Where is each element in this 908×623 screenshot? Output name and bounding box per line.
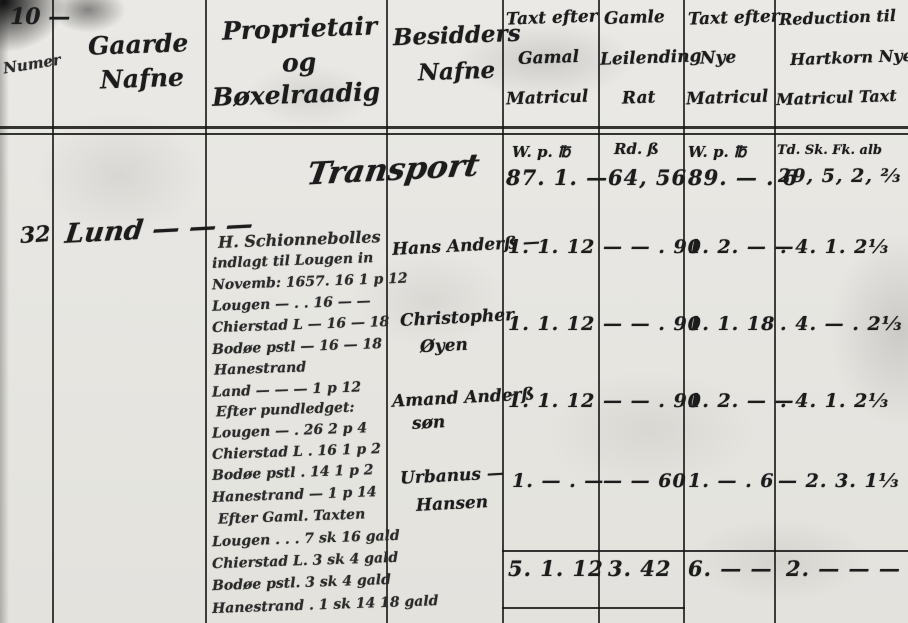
proprietor-line: Bodøe pstl — 16 — 18 (212, 336, 382, 358)
column-header-taxt-gamal-line3: Matricul (506, 87, 589, 110)
transport-leilending: 64, 56 (608, 165, 687, 190)
proprietor-line: indlagt til Lougen in (212, 250, 374, 272)
sum-rule-top (502, 550, 908, 552)
proprietor-line: Lougen — . . 16 — — (212, 293, 371, 315)
possessor-name-line1: Urbanus — (400, 463, 505, 488)
row-taxt-nye: 1. 2. — — (688, 390, 795, 412)
column-header-leilending-line2: Leilending (600, 46, 702, 70)
possessor-name-line2: Hansen (416, 492, 489, 516)
possessor-name-line2: søn (411, 412, 445, 434)
row-reduction: . 4. 1. 2⅓ (780, 236, 889, 258)
sum-reduction: 2. — — — (786, 556, 901, 581)
header-rule-top (0, 126, 908, 129)
proprietor-line: Efter Gaml. Taxten (218, 506, 366, 527)
possessor-name-line2: Øyen (420, 335, 469, 357)
row-taxt-nye: 1. 2. — — (688, 236, 795, 258)
column-rule-numer (52, 0, 54, 623)
column-rule-gaarde (205, 0, 207, 623)
column-header-reduction-line2: Hartkorn Nye (790, 46, 908, 69)
transport-taxt-gamal: 87. 1. — (506, 165, 608, 190)
column-header-reduction-line3: Matricul Taxt (776, 86, 897, 109)
unit-label-taxt-nye: W. p. ℔ (688, 143, 746, 161)
column-rule-taxt-gamal (598, 0, 600, 623)
possessor-name-line1: Christopher (400, 305, 515, 331)
column-header-proprietair-line3: Bøxelraadig (212, 77, 381, 112)
row-taxt-gamal: 1. 1. 12 (508, 313, 595, 335)
transport-reduction: 29, 5, 2, ⅔ (778, 165, 901, 187)
sum-taxt-gamal: 5. 1. 12 (508, 556, 604, 581)
row-reduction: . 4. 1. 2⅓ (780, 390, 889, 412)
proprietor-line: Lougen . . . 7 sk 16 gald (212, 528, 400, 551)
column-header-taxt-nye-line1: Taxt efter (688, 6, 780, 29)
column-header-taxt-gamal-line2: Gamal (518, 47, 580, 69)
row-taxt-nye: 1. — . 6 (688, 470, 775, 492)
column-header-gaarde-line1: Gaarde (88, 28, 189, 60)
column-header-besidders-line2: Nafne (418, 57, 496, 87)
row-taxt-nye: 1. 1. 18 (688, 313, 775, 335)
proprietor-line: Chierstad L . 16 1 p 2 (212, 441, 381, 463)
proprietor-line: Novemb: 1657. 16 1 p 12 (212, 271, 408, 294)
folio-number: 10 — (10, 4, 70, 30)
entry-numer: 32 (19, 221, 51, 249)
column-header-gaarde-line2: Nafne (100, 63, 185, 95)
column-rule-leilending (683, 0, 685, 623)
row-taxt-gamal: 1. — . — (512, 470, 604, 492)
column-header-besidders-line1: Besidders (393, 20, 521, 51)
proprietor-line: Chierstad L — 16 — 18 (212, 314, 390, 336)
column-header-proprietair-line2: og (282, 47, 317, 77)
unit-label-leilending: Rd. ß (614, 140, 659, 158)
column-header-reduction-line1: Reduction til (779, 6, 897, 29)
header-rule-bottom (0, 133, 908, 135)
proprietor-line: Land — — — 1 p 12 (212, 379, 362, 400)
transport-label: Transport (304, 148, 482, 193)
column-header-proprietair-line1: Proprietair (222, 11, 378, 45)
row-taxt-gamal: 1. 1. 12 (508, 236, 595, 258)
column-header-taxt-nye-line3: Matricul (686, 87, 769, 110)
sum-leilending: 3. 42 (608, 556, 671, 581)
row-reduction: — 2. 3. 1⅓ (778, 470, 899, 492)
proprietor-line: Hanestrand (214, 359, 307, 378)
proprietor-line: Hanestrand — 1 p 14 (212, 484, 377, 506)
proprietor-line: Hanestrand . 1 sk 14 18 gald (212, 593, 439, 617)
column-header-leilending-line3: Rat (622, 87, 656, 108)
unit-label-reduction: Td. Sk. Fk. alb (777, 143, 882, 158)
row-reduction: . 4. — . 2⅓ (780, 313, 902, 335)
unit-label-taxt-gamal: W. p. ℔ (512, 143, 570, 161)
row-leilending: — — 60 (603, 470, 687, 492)
proprietor-line: Lougen — . 26 2 p 4 (212, 420, 368, 441)
sum-taxt-nye: 6. — — (688, 556, 773, 581)
proprietor-line: Chierstad L. 3 sk 4 gald (212, 550, 399, 572)
column-header-taxt-nye-line2: Nye (700, 47, 737, 68)
proprietor-line: Bodøe pstl . 14 1 p 2 (212, 462, 374, 484)
column-header-leilending-line1: Gamle (604, 7, 665, 29)
row-taxt-gamal: 1. 1. 12 (508, 390, 595, 412)
scanned-ledger-page: 10 — Numer Gaarde Nafne Proprietair og B… (0, 0, 908, 623)
sum-rule-bottom (502, 607, 685, 609)
column-header-taxt-gamal-line1: Taxt efter (506, 6, 598, 29)
proprietor-line: Bodøe pstl. 3 sk 4 gald (212, 572, 391, 594)
proprietor-line: Efter pundledget: (216, 400, 355, 421)
